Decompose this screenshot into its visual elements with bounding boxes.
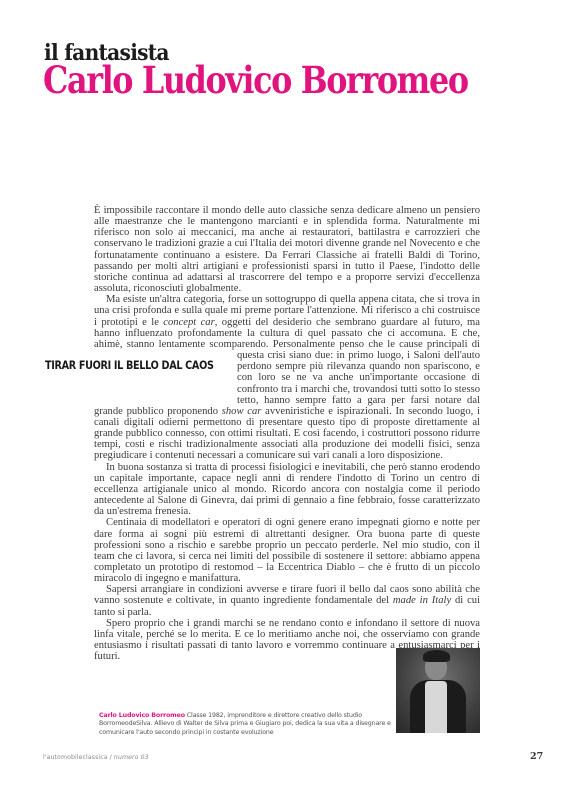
- footer-magazine-name: l'automobileclassica /: [43, 754, 114, 761]
- footer-issue: numero 03: [114, 754, 149, 761]
- paragraph-5: Sapersi arrangiare in condizioni avverse…: [94, 584, 480, 617]
- show-car-emphasis: show car: [222, 406, 262, 417]
- paragraph-1: È impossibile raccontare il mondo delle …: [94, 205, 480, 294]
- concept-car-emphasis: concept car: [163, 317, 214, 328]
- author-photo: [396, 648, 480, 733]
- caption-author-name: Carlo Ludovico Borromeo: [99, 712, 185, 719]
- pull-quote: TIRAR FUORI IL BELLO DAL CAOS: [45, 358, 214, 372]
- page-number: 27: [530, 751, 543, 762]
- photo-hair-shape: [423, 650, 450, 662]
- photo-shirt-shape: [425, 681, 447, 733]
- paragraph-4: Centinaia di modellatori e operatori di …: [94, 517, 480, 584]
- made-in-italy-emphasis: made in Italy: [393, 595, 451, 606]
- pull-quote-gap: [94, 350, 237, 395]
- author-title: Carlo Ludovico Borromeo: [43, 60, 468, 100]
- paragraph-2: Ma esiste un'altra categoria, forse un s…: [94, 294, 480, 461]
- paragraph-3: In buona sostanza si tratta di processi …: [94, 462, 480, 518]
- footer-publication: l'automobileclassica / numero 03: [43, 754, 149, 761]
- paragraph-2-text-b: , oggetti del desiderio che sembrano gua…: [94, 317, 480, 462]
- article-body: È impossibile raccontare il mondo delle …: [94, 205, 480, 662]
- author-caption: Carlo Ludovico Borromeo Classe 1982, imp…: [99, 712, 399, 737]
